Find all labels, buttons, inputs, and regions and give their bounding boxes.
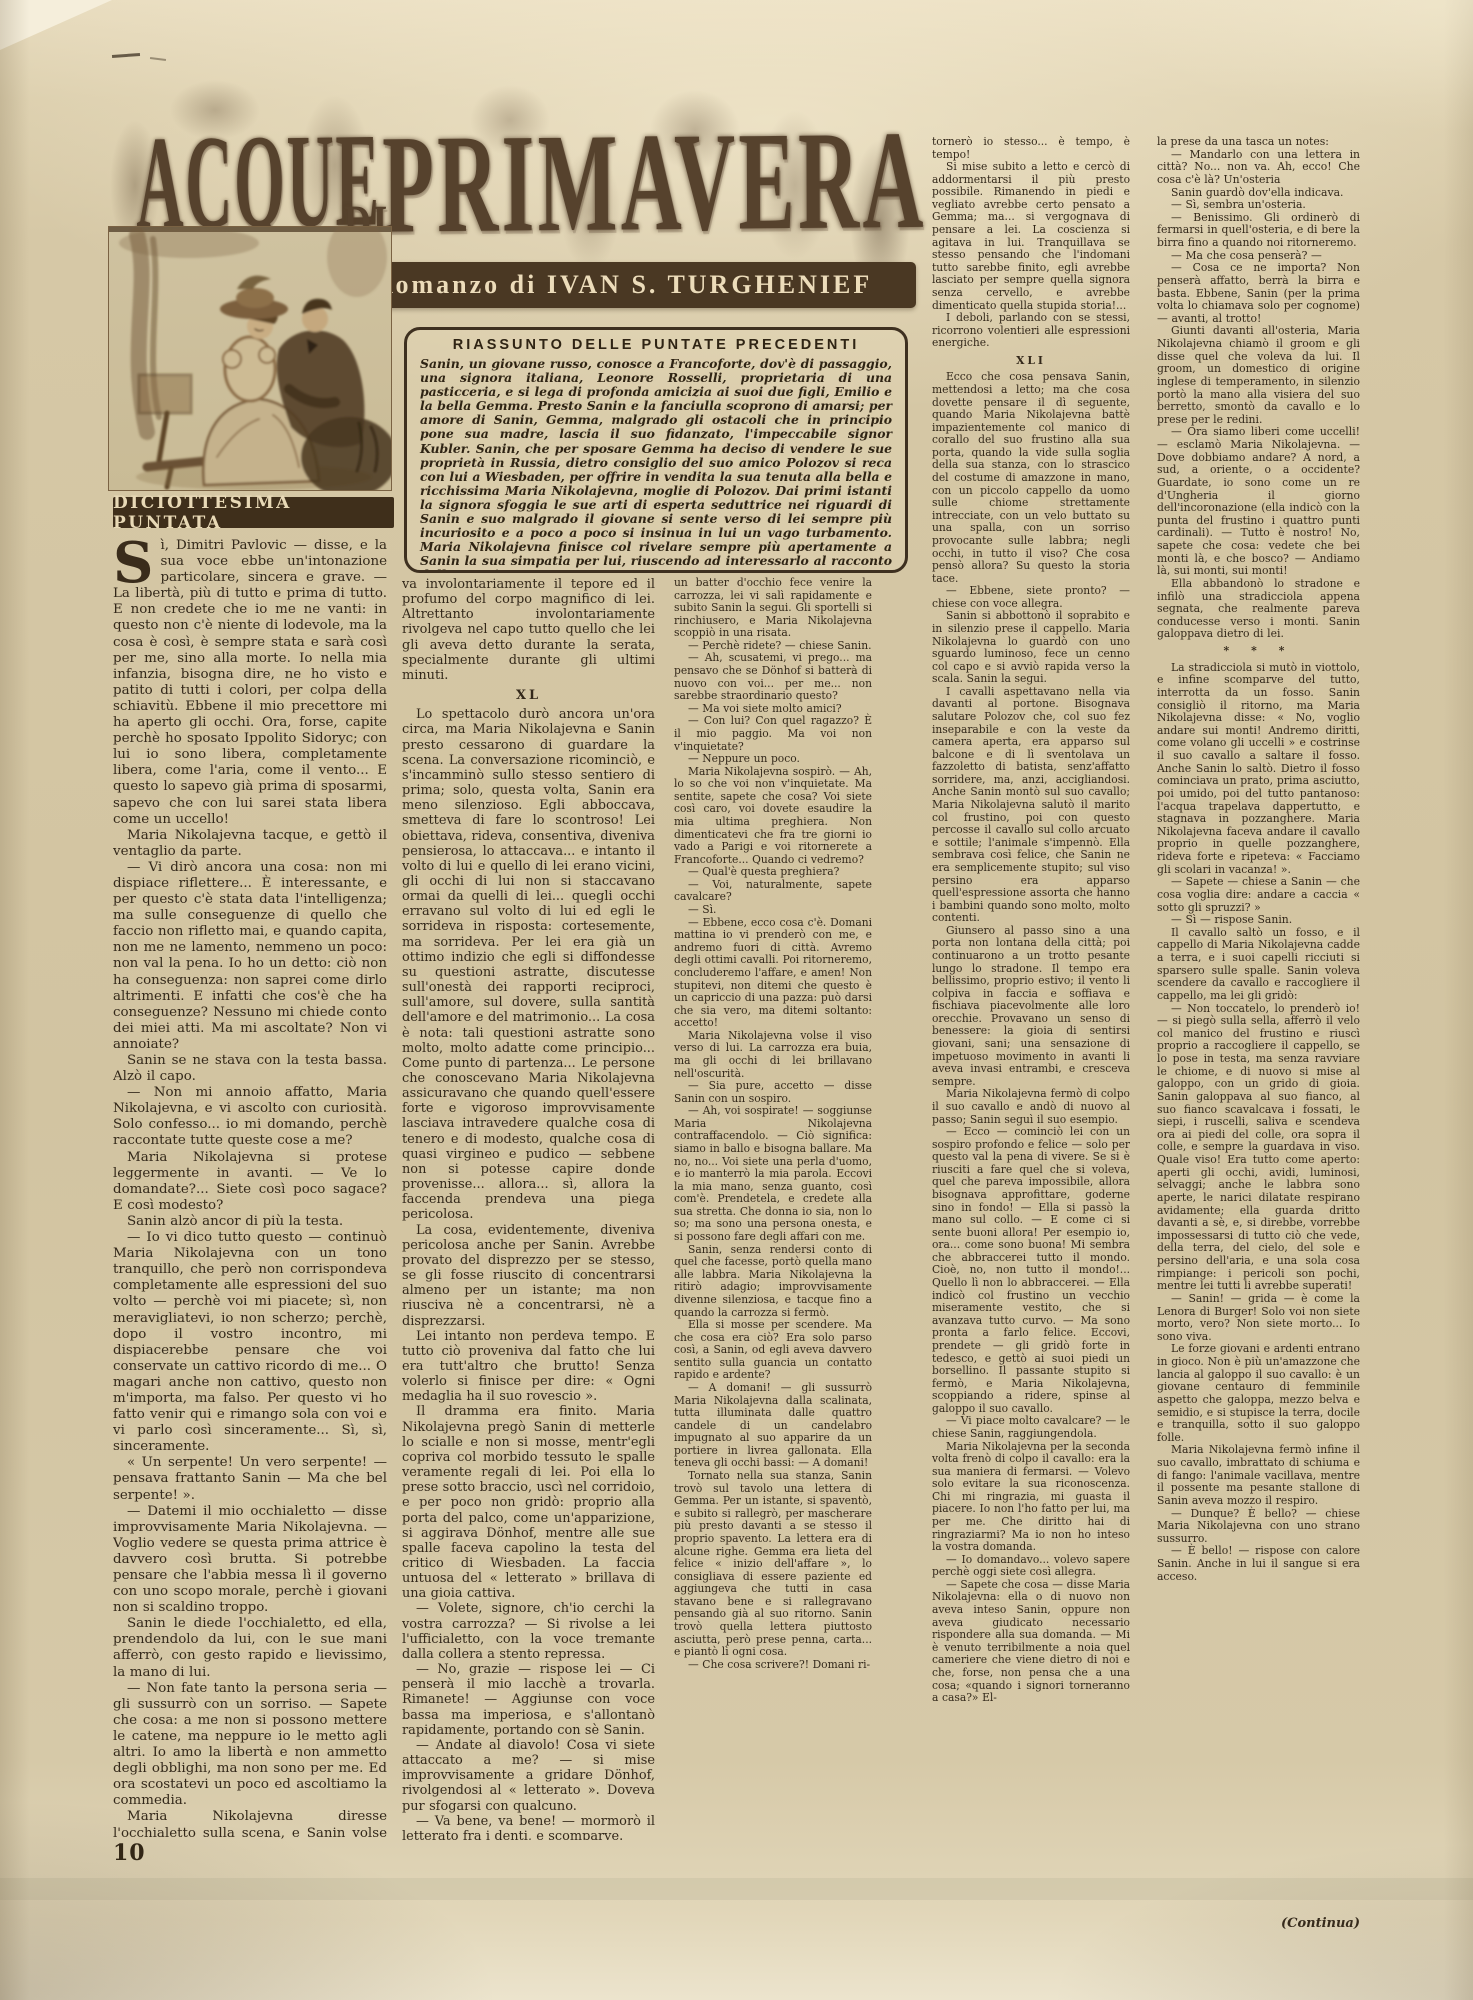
paragraph: — Va bene, va bene! — mormorò il lettera… [402,1814,655,1840]
title-primavera: PRIMAVERA [382,99,927,265]
page-number: 10 [113,1840,146,1866]
paragraph: — Andate al diavolo! Cosa vi siete attac… [402,1738,655,1814]
paragraph: Sanin si abbottonò il soprabito e in sil… [932,610,1130,685]
fur-boa [223,350,241,368]
pencil-mark [112,53,140,58]
paragraph: Maria Nikolajevna diresse l'occhialetto … [113,1809,387,1840]
paragraph: — Vi piace molto cavalcare? — le chiese … [932,1415,1130,1440]
paragraph: — A domani! — gli sussurrò Maria Nikolaj… [674,1382,872,1470]
paragraph: un batter d'occhio fece venire la carroz… [674,577,872,640]
episode-label-text: DICIOTTESIMA PUNTATA [113,493,394,533]
paragraph: — Ebbene, siete pronto? — chiese con voc… [932,585,1130,610]
paragraph: « Un serpente! Un vero serpente! — pensa… [113,1455,387,1503]
paragraph: — Voi, naturalmente, sapete cavalcare? [674,879,872,904]
paragraph: Maria Nikolajevna fermò infine il suo ca… [1157,1444,1360,1507]
paragraph: — Ah, voi sospirate! — soggiunse Maria N… [674,1105,872,1243]
text-column-4: tornerò io stesso... è tempo, è tempo!Si… [932,136,1130,1852]
paragraph: I deboli, parlando con se stessi, ricorr… [932,312,1130,350]
text-column-5: la prese da una tasca un notes:— Mandarl… [1157,136,1360,1848]
paragraph: — Ora siamo liberi come uccelli! — escla… [1157,426,1360,578]
paragraph: — No, grazie — rispose lei — Ci penserà … [402,1662,655,1738]
byline-bar: Romanzo di IVAN S. TURGHENIEF [330,262,916,308]
paragraph: Sanin le diede l'occhialetto, ed ella, p… [113,1616,387,1680]
paragraph: La stradicciola si mutò in viottolo, e i… [1157,662,1360,877]
paragraph: — Sì, sembra un'osteria. [1157,199,1360,212]
paragraph: — Ah, scusatemi, vi prego... ma pensavo … [674,652,872,702]
paragraph: — Qual'è questa preghiera? [674,866,872,879]
paragraph: — Sia pure, accetto — disse Sanin con un… [674,1080,872,1105]
paragraph: Ella si mosse per scendere. Ma che cosa … [674,1319,872,1382]
illustration-drawing [109,227,391,490]
paragraph: — Io vi dico tutto questo — continuò Mar… [113,1230,387,1455]
paragraph: Ella abbandonò lo stradone e infilò una … [1157,578,1360,641]
section-separator: * * * [1157,645,1360,658]
paragraph: Il dramma era finito. Maria Nikolajevna … [402,1404,655,1601]
paragraph: — Sì. [674,904,872,917]
recap-body: Sanin, un giovane russo, conosce a Franc… [420,357,892,573]
paragraph: — Non mi annoio affatto, Maria Nikolajev… [113,1085,387,1149]
paragraph: — È bello! — rispose con calore Sanin. A… [1157,1545,1360,1583]
paragraph: Maria Nikolajevna volse il viso verso di… [674,1030,872,1080]
paragraph: — Benissimo. Gli ordinerò di fermarsi in… [1157,212,1360,250]
pencil-mark [150,57,166,61]
paragraph: — Io domandavo... volevo sapere perchè o… [932,1554,1130,1579]
episode-label: DICIOTTESIMA PUNTATA [113,497,394,528]
hat-crown [236,288,274,308]
scan-artifact-band [0,1878,1473,1900]
paragraph: — Volete, signore, ch'io cerchi la vostr… [402,1601,655,1662]
paragraph: Sanin, senza rendersi conto di quel che … [674,1244,872,1319]
story-illustration [108,226,392,491]
paragraph: — Sanin! — grida — è come la Lenora di B… [1157,1293,1360,1344]
paragraph: — Vi dirò ancora una cosa: non mi dispia… [113,860,387,1053]
paragraph: Lei intanto non perdeva tempo. E tutto c… [402,1329,655,1405]
paragraph: — Sapete che cosa — disse Maria Nikolaje… [932,1579,1130,1705]
paragraph: I cavalli aspettavano nella via davanti … [932,686,1130,925]
hat-plume [237,276,271,289]
magazine-page: ACQUE DI PRIMAVERA Romanzo di IVAN S. TU… [0,0,1473,2000]
paragraph: Si mise subito a letto e cercò di addorm… [932,161,1130,312]
foliage [327,227,387,297]
stand-pole [159,413,167,461]
recap-heading: RIASSUNTO DELLE PUNTATE PRECEDENTI [420,337,892,353]
paragraph: — Con lui? Con quel ragazzo? È il mio pa… [674,715,872,753]
paragraph: Maria Nikolajevna fermò di colpo il suo … [932,1088,1130,1126]
text-column-2: va involontariamente il tepore ed il pro… [402,577,655,1840]
paragraph: Sanin se ne stava con la testa bassa. Al… [113,1053,387,1085]
text-column-3: un batter d'occhio fece venire la carroz… [674,577,872,1840]
paragraph: — Cosa ce ne importa? Non penserà affatt… [1157,262,1360,325]
paragraph: Il cavallo saltò un fosso, e il cappello… [1157,927,1360,1003]
paragraph: Le forze giovani e ardenti entrano in gi… [1157,1343,1360,1444]
paragraph: — Non toccatelo, lo prenderò io! — si pi… [1157,1003,1360,1293]
paragraph: — Sapete — chiese a Sanin — che cosa vog… [1157,876,1360,914]
paragraph: — Datemi il mio occhialetto — disse impr… [113,1504,387,1617]
paragraph: Giunsero al passo sino a una porta non l… [932,925,1130,1089]
paragraph: Sì, Dimitri Pavlovic — disse, e la sua v… [113,538,387,828]
chapter-heading: XL [402,688,655,703]
paragraph: Sanin alzò ancor di più la testa. [113,1214,387,1230]
text-column-1: Sì, Dimitri Pavlovic — disse, e la sua v… [113,538,387,1840]
paragraph: la prese da una tasca un notes: [1157,136,1360,149]
paragraph: Tornato nella sua stanza, Sanin trovò su… [674,1470,872,1659]
paragraph: — Non fate tanto la persona seria — gli … [113,1681,387,1810]
paragraph: — Neppure un poco. [674,753,872,766]
paragraph: Maria Nikolajevna per la seconda volta f… [932,1441,1130,1554]
paragraph: Lo spettacolo durò ancora un'ora circa, … [402,707,655,1222]
paragraph: Maria Nikolajevna tacque, e gettò il ven… [113,828,387,860]
page-corner-fold [0,0,112,50]
paragraph: La cosa, evidentemente, diveniva pericol… [402,1223,655,1329]
recap-box: RIASSUNTO DELLE PUNTATE PRECEDENTI Sanin… [404,327,908,573]
music-stand [139,375,191,413]
paragraph: Ecco che cosa pensava Sanin, mettendosi … [932,371,1130,585]
paragraph: — Che cosa scrivere?! Domani ri- [674,1659,872,1672]
drop-cap: S [113,538,160,585]
foliage [119,228,259,258]
paragraph: — Mandarlo con una lettera in città? No.… [1157,149,1360,187]
paragraph: Giunti davanti all'osteria, Maria Nikola… [1157,325,1360,426]
to-be-continued: (Continua) [1232,1916,1360,1931]
byline-text: Romanzo di IVAN S. TURGHENIEF [374,270,873,300]
paragraph: va involontariamente il tepore ed il pro… [402,577,655,683]
paragraph: — Sì — rispose Sanin. [1157,914,1360,927]
paragraph: — Ebbene, ecco cosa c'è. Domani mattina … [674,917,872,1030]
fur-boa [259,347,275,363]
paragraph: Maria Nikolajevna si protese leggermente… [113,1150,387,1214]
paragraph: tornerò io stesso... è tempo, è tempo! [932,136,1130,161]
chapter-heading: XLI [932,355,1130,368]
paragraph: Maria Nikolajevna sospirò. — Ah, lo so c… [674,766,872,867]
paragraph: — Ecco — cominciò lei con un sospiro pro… [932,1126,1130,1415]
paragraph: — Dunque? È bello? — chiese Maria Nikola… [1157,1508,1360,1546]
